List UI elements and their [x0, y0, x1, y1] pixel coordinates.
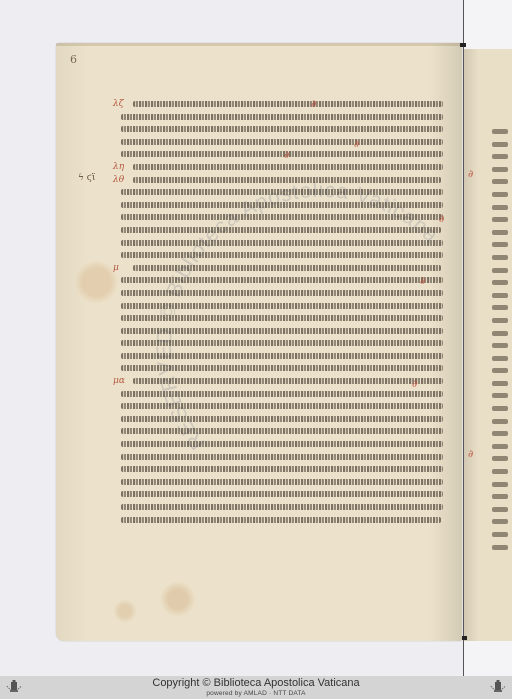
handwritten-text	[121, 151, 443, 157]
handwritten-text	[121, 240, 443, 246]
manuscript-line	[121, 514, 457, 527]
handwritten-text	[121, 479, 443, 485]
handwritten-text	[121, 126, 443, 132]
rubric-numeral: λζ	[113, 99, 124, 109]
manuscript-line	[121, 111, 457, 124]
papal-coat-of-arms-icon	[488, 678, 508, 698]
manuscript-line: μα	[121, 375, 457, 388]
facing-page-text	[492, 129, 508, 557]
handwritten-text	[121, 428, 443, 434]
manuscript-page[interactable]: 6 ϟ ϛϊ RESERVED © Biblioteca Apostolica …	[56, 43, 462, 641]
manuscript-line	[121, 274, 457, 287]
manuscript-line	[121, 287, 457, 300]
manuscript-line	[121, 312, 457, 325]
rubric-numeral: λη	[113, 162, 124, 172]
rubric-initial: ∂	[420, 276, 425, 287]
facing-rubric-mark: ∂	[468, 169, 473, 180]
manuscript-line	[121, 224, 457, 237]
manuscript-line	[121, 362, 457, 375]
handwritten-text	[121, 454, 443, 460]
handwritten-text	[121, 491, 443, 497]
manuscript-line	[121, 476, 457, 489]
manuscript-line: μ	[121, 262, 457, 275]
manuscript-line	[121, 400, 457, 413]
handwritten-text	[121, 315, 443, 321]
manuscript-line	[121, 488, 457, 501]
manuscript-line	[121, 199, 457, 212]
manuscript-line	[121, 325, 457, 338]
handwritten-text	[121, 290, 443, 296]
rubric-numeral: μ	[113, 263, 119, 273]
handwritten-text	[121, 214, 443, 220]
handwritten-text	[121, 353, 443, 359]
rubric-initial: ∂	[284, 150, 289, 161]
manuscript-line	[121, 300, 457, 313]
manuscript-line: λη	[121, 161, 457, 174]
spine-mark	[462, 636, 467, 640]
manuscript-line: λζ	[121, 98, 457, 111]
handwritten-text	[133, 164, 443, 170]
manuscript-line	[121, 350, 457, 363]
manuscript-line	[121, 237, 457, 250]
footer-bar: Copyright © Biblioteca Apostolica Vatica…	[0, 676, 512, 699]
margin-note: ϟ ϛϊ	[78, 173, 95, 183]
spine-mark	[460, 43, 466, 47]
handwritten-text	[121, 303, 443, 309]
handwritten-text	[133, 101, 443, 107]
handwritten-text	[121, 466, 443, 472]
rubric-numeral: μα	[113, 376, 125, 386]
manuscript-line	[121, 337, 457, 350]
page-edge	[56, 43, 462, 46]
handwritten-text	[121, 391, 443, 397]
handwritten-text	[121, 517, 441, 523]
handwritten-text	[121, 202, 443, 208]
rubric-initial: ∂	[412, 379, 417, 390]
manuscript-line	[121, 413, 457, 426]
facing-rubric-mark: ∂	[468, 449, 473, 460]
handwritten-text	[121, 252, 443, 258]
rubric-initial: ∂	[311, 99, 316, 110]
rubric-initial: ∂	[354, 139, 359, 150]
manuscript-line	[121, 136, 457, 149]
handwritten-text	[121, 365, 443, 371]
manuscript-line	[121, 501, 457, 514]
manuscript-line	[121, 211, 457, 224]
folio-mark: 6	[70, 53, 77, 66]
manuscript-line	[121, 388, 457, 401]
handwritten-text	[121, 227, 441, 233]
handwritten-text	[121, 277, 443, 283]
manuscript-line	[121, 249, 457, 262]
manuscript-line	[121, 451, 457, 464]
facing-page: ∂ ∂	[464, 49, 512, 641]
image-viewer[interactable]: ∂ ∂ 6 ϟ ϛϊ RESERVED © Biblioteca Apostol…	[0, 0, 512, 676]
handwritten-text	[133, 378, 443, 384]
manuscript-text: λζληλθμμα	[121, 98, 457, 526]
handwritten-text	[133, 177, 441, 183]
copyright-text: Copyright © Biblioteca Apostolica Vatica…	[0, 677, 512, 689]
manuscript-line	[121, 438, 457, 451]
handwritten-text	[121, 139, 443, 145]
manuscript-line	[121, 425, 457, 438]
handwritten-text	[133, 265, 441, 271]
handwritten-text	[121, 504, 443, 510]
powered-by-link[interactable]: powered by AMLAD · NTT DATA	[0, 690, 512, 697]
manuscript-line	[121, 123, 457, 136]
handwritten-text	[121, 441, 443, 447]
handwritten-text	[121, 328, 443, 334]
manuscript-line	[121, 463, 457, 476]
handwritten-text	[121, 189, 443, 195]
rubric-initial: ∂	[439, 214, 444, 225]
handwritten-text	[121, 403, 443, 409]
handwritten-text	[121, 416, 443, 422]
handwritten-text	[121, 340, 443, 346]
manuscript-line	[121, 186, 457, 199]
rubric-numeral: λθ	[113, 175, 124, 185]
manuscript-line: λθ	[121, 174, 457, 187]
handwritten-text	[121, 114, 443, 120]
